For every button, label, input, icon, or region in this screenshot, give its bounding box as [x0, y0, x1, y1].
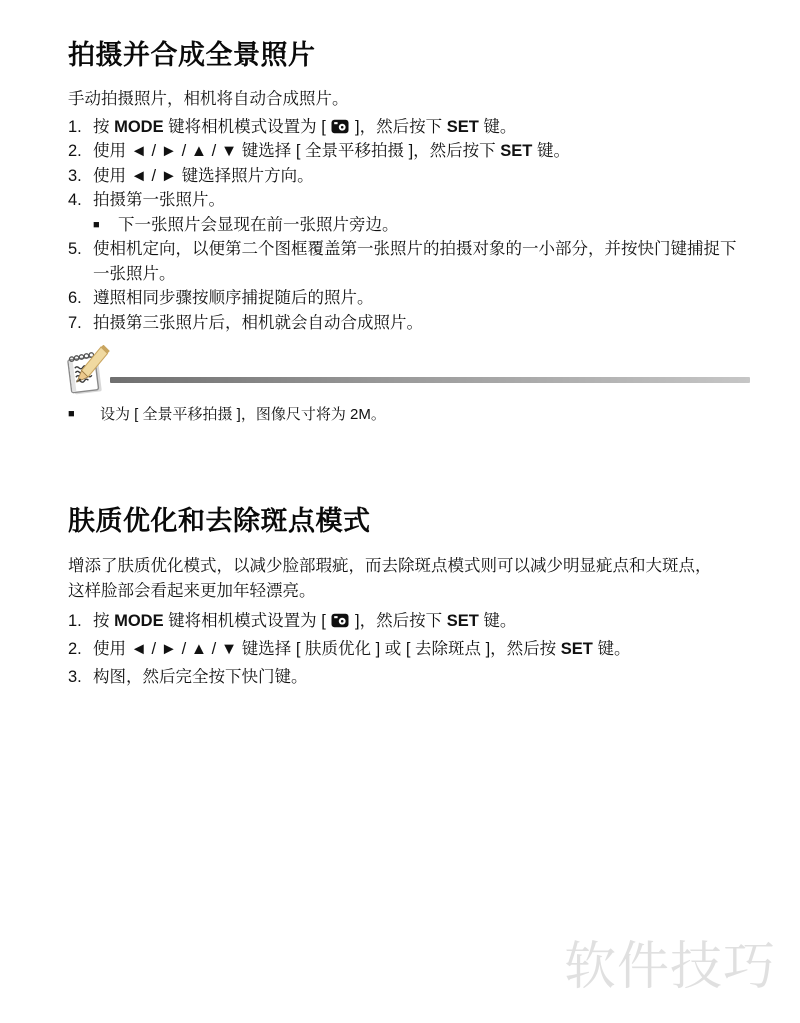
note-header — [68, 345, 750, 399]
text-run: 键。 — [532, 142, 570, 160]
note-text: 设为 [ 全景平移拍摄 ]，图像尺寸将为 2M。 — [100, 404, 386, 425]
text-run: 键将相机模式设置为 [ — [164, 118, 331, 136]
step-3: 3. 构图，然后完全按下快门键。 — [68, 663, 750, 691]
intro-line-2: 这样脸部会看起来更加年轻漂亮。 — [68, 579, 750, 604]
set-key-label: SET — [500, 142, 532, 160]
step-4-subnote: ■ 下一张照片会显现在前一张照片旁边。 — [68, 213, 750, 238]
mode-key-label: MODE — [114, 118, 164, 136]
text-run: 键。 — [479, 612, 517, 630]
step-3: 3. 使用 ◄ / ► 键选择照片方向。 — [68, 164, 750, 189]
substep-text: 下一张照片会显现在前一张照片旁边。 — [118, 213, 399, 238]
step-text: 拍摄第三张照片后，相机就会自动合成照片。 — [93, 311, 750, 336]
section2-steps: 1. 按 MODE 键将相机模式设置为 [ ]，然后按下 SET 键。 2. 使… — [68, 607, 750, 691]
set-key-label: SET — [561, 640, 593, 658]
set-key-label: SET — [447, 118, 479, 136]
step-number: 1. — [68, 607, 93, 635]
text-run: 使用 ◄ / ► / ▲ / ▼ 键选择 [ 全景平移拍摄 ]，然后按下 — [93, 142, 500, 160]
text-run: ]，然后按下 — [350, 612, 446, 630]
step-text: 按 MODE 键将相机模式设置为 [ ]，然后按下 SET 键。 — [93, 607, 750, 635]
step-text: 使用 ◄ / ► / ▲ / ▼ 键选择 [ 全景平移拍摄 ]，然后按下 SET… — [93, 139, 750, 164]
intro-line-1: 增添了肤质优化模式，以减少脸部瑕疵，而去除斑点模式则可以减少明显疵点和大斑点， — [68, 554, 750, 579]
step-6: 6. 遵照相同步骤按顺序捕捉随后的照片。 — [68, 286, 750, 311]
section1-intro: 手动拍摄照片，相机将自动合成照片。 — [68, 87, 750, 112]
section2-title: 肤质优化和去除斑点模式 — [68, 499, 750, 538]
step-7: 7. 拍摄第三张照片后，相机就会自动合成照片。 — [68, 311, 750, 336]
step-number: 2. — [68, 635, 93, 663]
camera-scene-mode-icon — [331, 119, 349, 134]
text-run: 按 — [93, 118, 114, 136]
step-number: 1. — [68, 115, 93, 140]
step-number: 3. — [68, 663, 93, 691]
step-text: 使相机定向，以便第二个图框覆盖第一张照片的拍摄对象的一小部分，并按快门键捕捉下一… — [93, 237, 750, 286]
text-run: 使用 ◄ / ► / ▲ / ▼ 键选择 [ 肤质优化 ] 或 [ 去除斑点 ]… — [93, 640, 561, 658]
step-text: 按 MODE 键将相机模式设置为 [ ]，然后按下 SET 键。 — [93, 115, 750, 140]
section1-steps: 1. 按 MODE 键将相机模式设置为 [ ]，然后按下 SET 键。 2. 使… — [68, 115, 750, 336]
section1-title: 拍摄并合成全景照片 — [68, 33, 750, 72]
step-4: 4. 拍摄第一张照片。 — [68, 188, 750, 213]
step-1: 1. 按 MODE 键将相机模式设置为 [ ]，然后按下 SET 键。 — [68, 607, 750, 635]
page-content: 拍摄并合成全景照片 手动拍摄照片，相机将自动合成照片。 1. 按 MODE 键将… — [68, 0, 750, 691]
step-5: 5. 使相机定向，以便第二个图框覆盖第一张照片的拍摄对象的一小部分，并按快门键捕… — [68, 237, 750, 286]
step-number: 6. — [68, 286, 93, 311]
step-1: 1. 按 MODE 键将相机模式设置为 [ ]，然后按下 SET 键。 — [68, 115, 750, 140]
square-bullet-icon: ■ — [93, 213, 118, 238]
note-divider — [110, 377, 750, 383]
step-text: 构图，然后完全按下快门键。 — [93, 663, 750, 691]
camera-scene-mode-icon — [331, 613, 349, 628]
step-2: 2. 使用 ◄ / ► / ▲ / ▼ 键选择 [ 肤质优化 ] 或 [ 去除斑… — [68, 635, 750, 663]
step-text: 使用 ◄ / ► 键选择照片方向。 — [93, 164, 750, 189]
text-run: ]，然后按下 — [350, 118, 446, 136]
text-run: 键。 — [593, 640, 631, 658]
watermark-text: 软件技巧 — [564, 924, 800, 999]
section2-intro: 增添了肤质优化模式，以减少脸部瑕疵，而去除斑点模式则可以减少明显疵点和大斑点， … — [68, 554, 750, 604]
notepad-pencil-icon — [64, 345, 112, 404]
step-text: 遵照相同步骤按顺序捕捉随后的照片。 — [93, 286, 750, 311]
manual-page: { "section1": { "title": "拍摄并合成全景照片", "i… — [0, 0, 800, 1023]
step-2: 2. 使用 ◄ / ► / ▲ / ▼ 键选择 [ 全景平移拍摄 ]，然后按下 … — [68, 139, 750, 164]
note-text-row: ■ 设为 [ 全景平移拍摄 ]，图像尺寸将为 2M。 — [68, 404, 750, 425]
mode-key-label: MODE — [114, 612, 164, 630]
set-key-label: SET — [447, 612, 479, 630]
text-run: 键将相机模式设置为 [ — [164, 612, 331, 630]
step-text: 拍摄第一张照片。 — [93, 188, 750, 213]
text-run: 按 — [93, 612, 114, 630]
text-run: 键。 — [479, 118, 517, 136]
step-number: 2. — [68, 139, 93, 164]
step-number: 7. — [68, 311, 93, 336]
square-bullet-icon: ■ — [68, 404, 100, 425]
step-number: 5. — [68, 237, 93, 262]
step-number: 3. — [68, 164, 93, 189]
step-text: 使用 ◄ / ► / ▲ / ▼ 键选择 [ 肤质优化 ] 或 [ 去除斑点 ]… — [93, 635, 750, 663]
step-number: 4. — [68, 188, 93, 213]
